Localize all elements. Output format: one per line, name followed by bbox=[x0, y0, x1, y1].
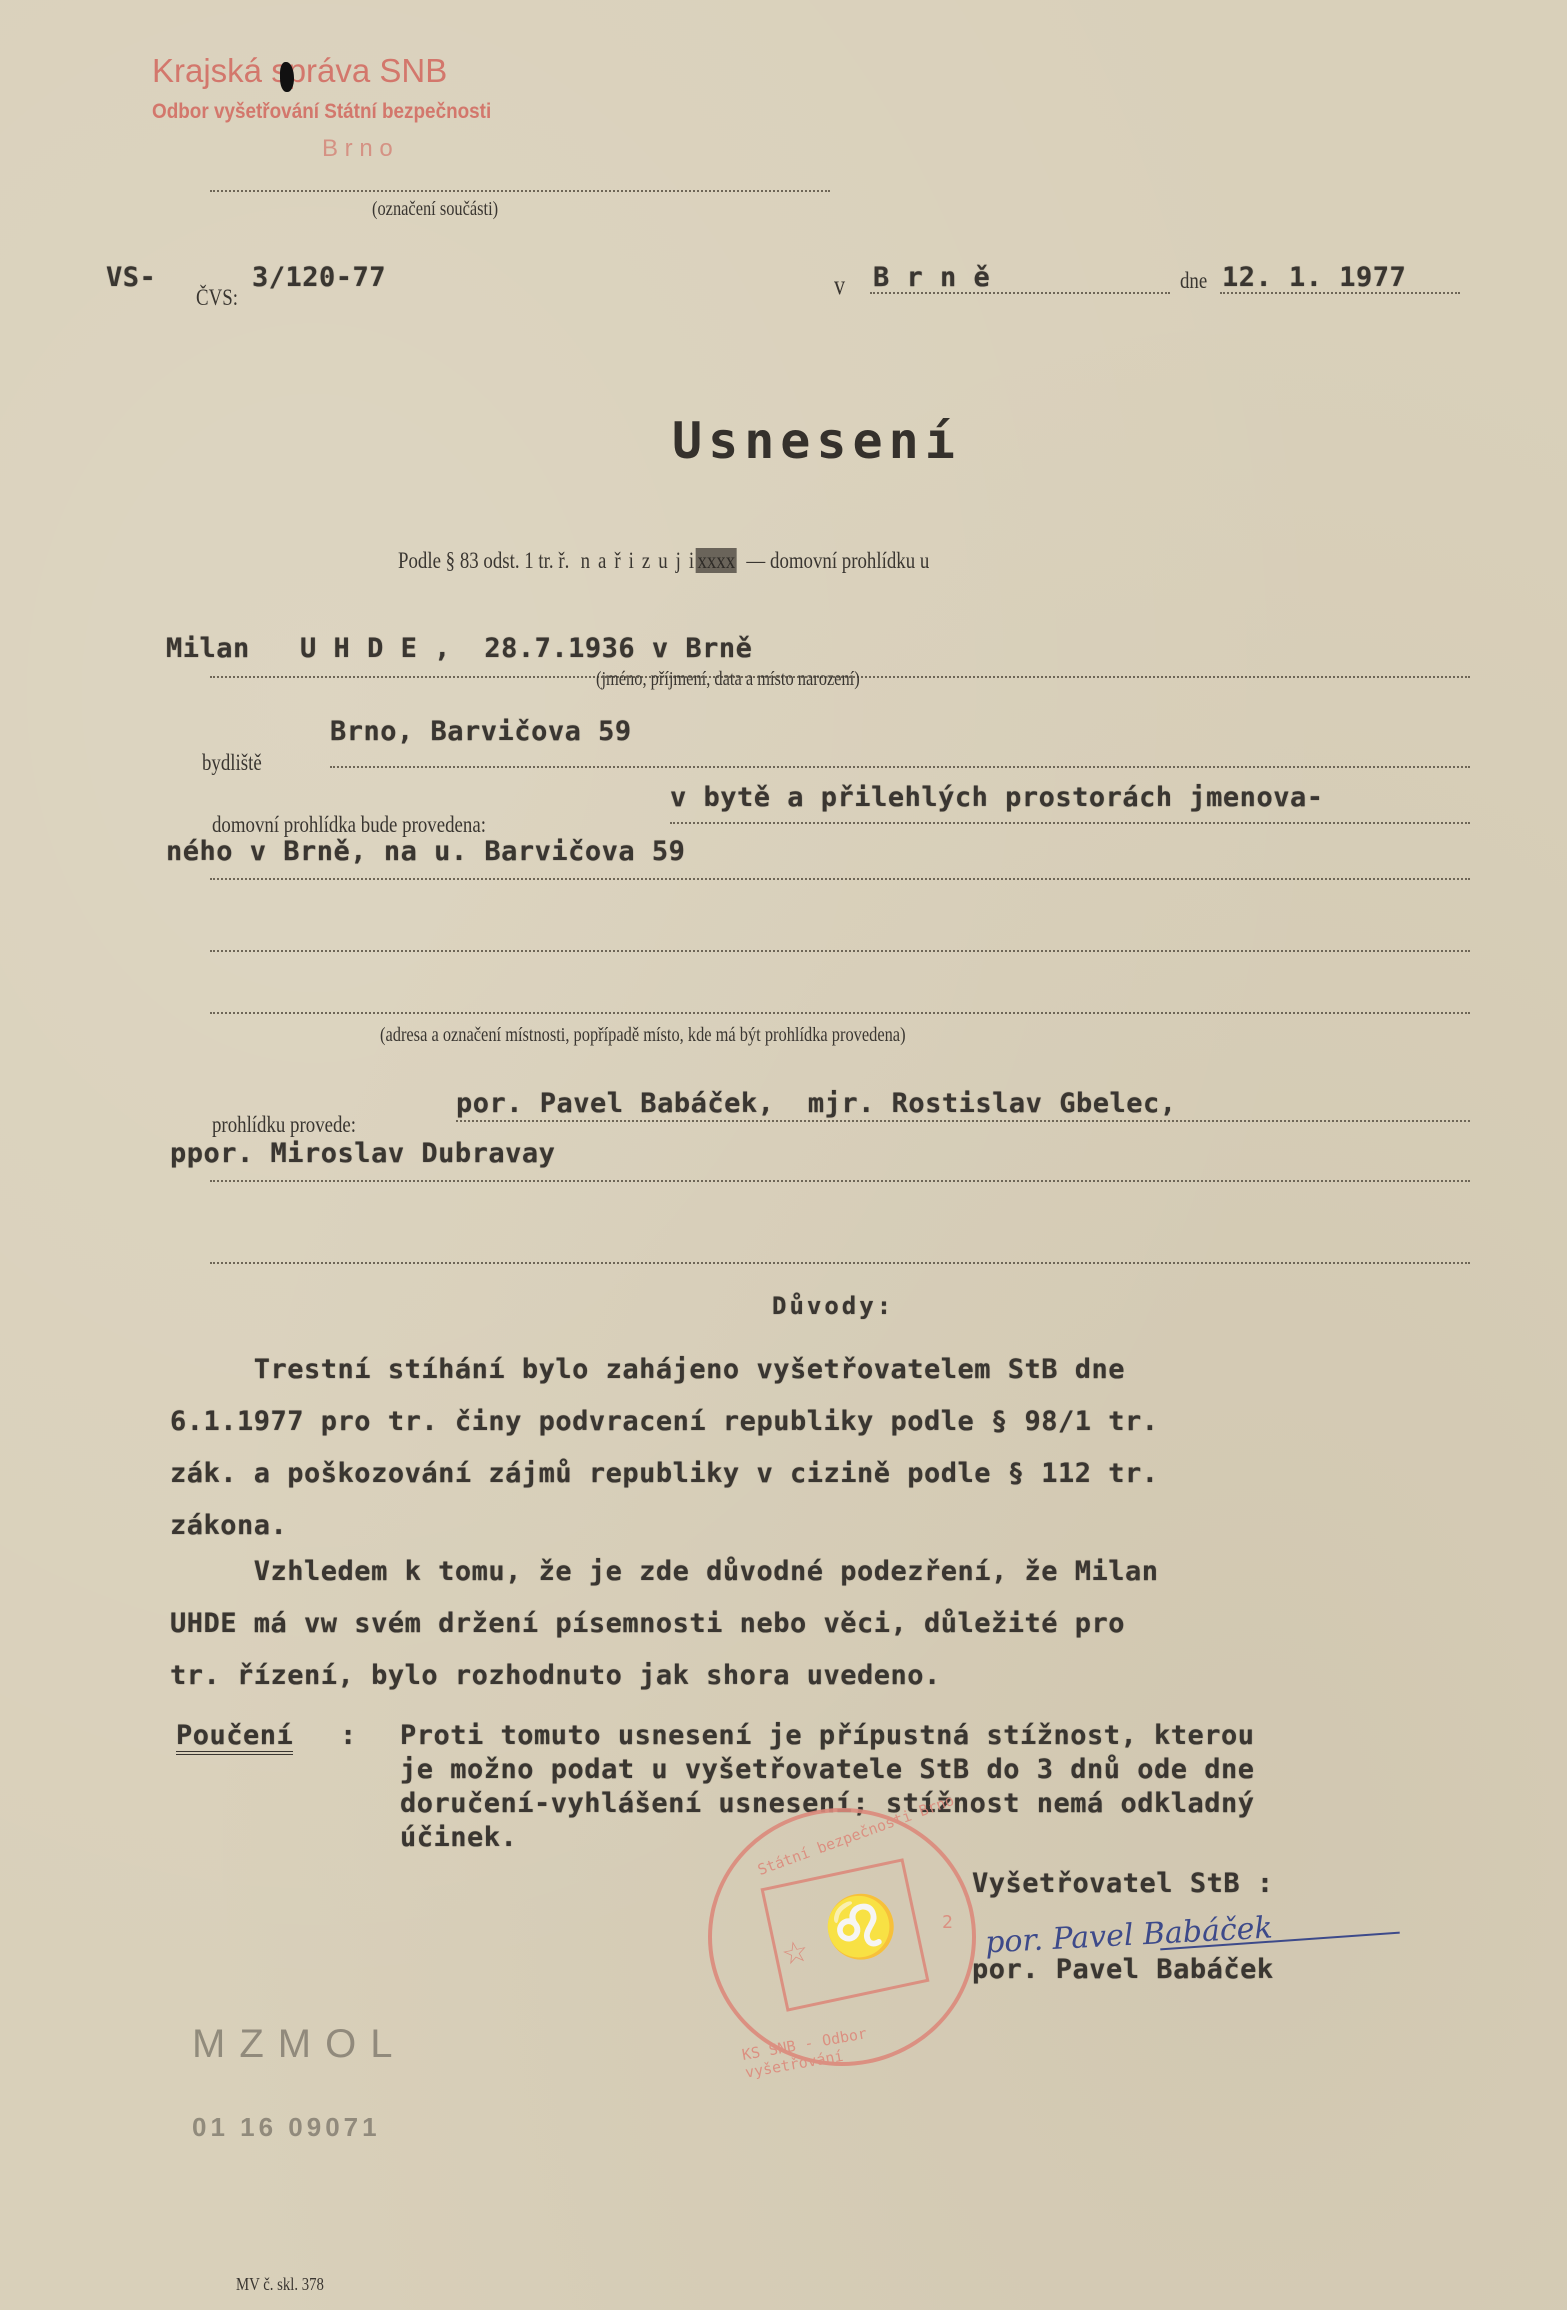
instruction-line1: Proti tomuto usnesení je přípustná stížn… bbox=[400, 1720, 1255, 1751]
reasons-heading: Důvody: bbox=[772, 1292, 894, 1320]
ink-blot bbox=[280, 62, 294, 92]
residence-label: bydliště bbox=[202, 750, 262, 776]
location-label: domovní prohlídka bude provedena: bbox=[212, 812, 486, 838]
star-icon: ☆ bbox=[778, 1933, 812, 1973]
reasons-p1-line3: zák. a poškozování zájmů republiky v ciz… bbox=[170, 1458, 1159, 1489]
instruction-label: Poučení bbox=[176, 1720, 293, 1755]
executors-dotline-2 bbox=[210, 1180, 1470, 1182]
place-prefix: v bbox=[834, 270, 845, 301]
instruction-line4: účinek. bbox=[400, 1822, 517, 1853]
executors-dotline-1 bbox=[456, 1120, 1470, 1122]
struck-word: xxxx bbox=[696, 548, 737, 573]
reasons-p2-line2: UHDE má vw svém držení písemnosti nebo v… bbox=[170, 1608, 1125, 1639]
order-verb: n a ř i z u j i bbox=[581, 548, 696, 573]
stamp-text-bottom: KS SNB - Odbor vyšetřování bbox=[741, 2006, 974, 2081]
document-title: Usnesení bbox=[672, 412, 961, 470]
faint-stamp-line2: 01 16 09071 bbox=[192, 2112, 381, 2143]
location-dotline-3 bbox=[210, 950, 1470, 952]
location-dotline-2 bbox=[210, 878, 1470, 880]
reasons-p1-line4: zákona. bbox=[170, 1510, 287, 1541]
ref-number: 3/120-77 bbox=[252, 262, 386, 293]
reasons-p1-line1: Trestní stíhání bylo zahájeno vyšetřovat… bbox=[170, 1354, 1125, 1385]
office-stamp-line2: Odbor vyšetřování Státní bezpečnosti bbox=[152, 100, 491, 124]
residence-value: Brno, Barvičova 59 bbox=[330, 716, 632, 747]
person-value: Milan U H D E , 28.7.1936 v Brně bbox=[166, 633, 752, 664]
lion-emblem-icon: ♌ bbox=[817, 1884, 905, 1969]
reasons-p2-line1: Vzhledem k tomu, že je zde důvodné podez… bbox=[170, 1556, 1159, 1587]
component-label: (označení součásti) bbox=[372, 198, 498, 221]
reasons-p1-line2: 6.1.1977 pro tr. činy podvracení republi… bbox=[170, 1406, 1159, 1437]
executors-dotline-3 bbox=[210, 1262, 1470, 1264]
executors-line1: por. Pavel Babáček, mjr. Rostislav Gbele… bbox=[456, 1088, 1176, 1119]
place-dotline bbox=[870, 292, 1170, 294]
order-text-end: — domovní prohlídku u bbox=[746, 548, 929, 573]
order-legal-basis: Podle § 83 odst. 1 tr. ř. bbox=[398, 548, 569, 573]
person-caption: (jméno, příjmení, data a místo narození) bbox=[596, 668, 860, 691]
component-dotline bbox=[210, 190, 830, 192]
reasons-p2-line3: tr. řízení, bylo rozhodnuto jak shora uv… bbox=[170, 1660, 941, 1691]
form-code: MV č. skl. 378 bbox=[236, 2274, 324, 2295]
executors-label: prohlídku provede: bbox=[212, 1112, 356, 1138]
ref-prefix: VS- bbox=[106, 262, 156, 293]
instruction-separator: : bbox=[340, 1720, 357, 1751]
ref-cvs-label: ČVS: bbox=[196, 285, 238, 311]
date-value: 12. 1. 1977 bbox=[1222, 262, 1406, 293]
date-dotline bbox=[1220, 292, 1460, 294]
order-text-start: Podle § 83 odst. 1 tr. ř. n a ř i z u j … bbox=[398, 548, 929, 574]
location-value-line1: v bytě a přilehlých prostorách jmenova- bbox=[670, 782, 1323, 813]
residence-dotline bbox=[330, 766, 1470, 768]
signature-name: por. Pavel Babáček bbox=[972, 1954, 1274, 1985]
stamp-shield-icon: ♌ ☆ bbox=[760, 1858, 929, 2012]
executors-line2: ppor. Miroslav Dubravay bbox=[170, 1138, 555, 1169]
location-value-line2: ného v Brně, na u. Barvičova 59 bbox=[166, 836, 685, 867]
location-caption: (adresa a označení místnosti, popřípadě … bbox=[380, 1024, 906, 1047]
faint-stamp-line1: MZMOL bbox=[192, 2022, 406, 2067]
location-dotline-4 bbox=[210, 1012, 1470, 1014]
handwritten-signature: por. Pavel Babáček bbox=[984, 1910, 1273, 1960]
office-stamp-line3: B r n o bbox=[322, 135, 393, 163]
signature-role: Vyšetřovatel StB : bbox=[972, 1868, 1274, 1899]
place-value: B r n ě bbox=[873, 262, 990, 293]
instruction-line2: je možno podat u vyšetřovatele StB do 3 … bbox=[400, 1754, 1255, 1785]
office-stamp-line1: Krajská správa SNB bbox=[152, 52, 447, 90]
date-prefix: dne bbox=[1180, 268, 1207, 294]
official-round-stamp: ♌ ☆ Státní bezpečnosti Brno KS SNB - Odb… bbox=[708, 1808, 976, 2066]
stamp-number: 2 bbox=[942, 1912, 953, 1933]
location-dotline-1 bbox=[670, 822, 1470, 824]
